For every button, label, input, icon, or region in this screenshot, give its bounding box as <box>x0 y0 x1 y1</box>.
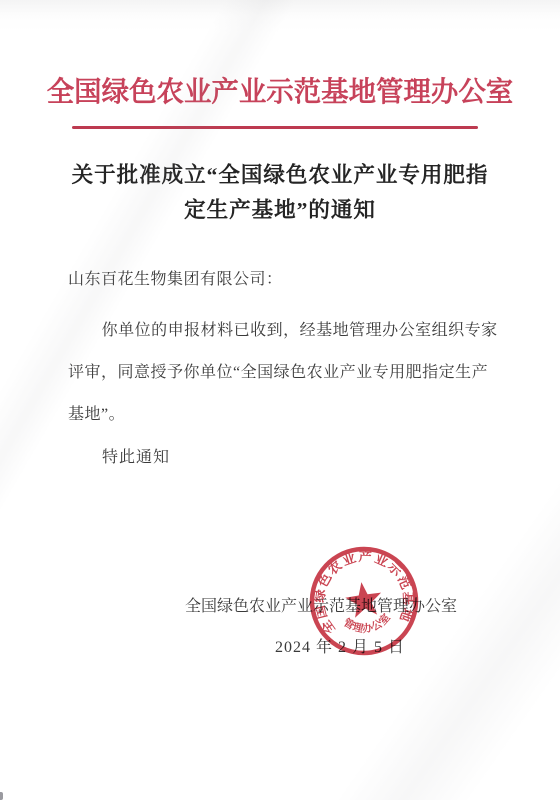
official-seal: 全国绿色农业产业示范基地 管理办公室 <box>274 511 455 692</box>
closing-phrase: 特此通知 <box>102 446 170 470</box>
letterhead-title: 全国绿色农业产业示范基地管理办公室 <box>6 66 555 118</box>
body-line: 你单位的申报材料已收到，经基地管理办公室组织专家 <box>68 310 494 352</box>
document-page: 全国绿色农业产业示范基地管理办公室 关于批准成立“全国绿色农业产业专用肥指 定生… <box>0 0 560 800</box>
letterhead-rule <box>72 126 478 129</box>
body-line: 基地”。 <box>68 394 494 436</box>
notice-title-line1: 关于批准成立“全国绿色农业产业专用肥指 <box>72 163 489 187</box>
seal-bottom-text: 管理办公室 <box>340 610 395 639</box>
photo-corner-artifact <box>0 792 3 800</box>
body-paragraph: 你单位的申报材料已收到，经基地管理办公室组织专家 评审，同意授予你单位“全国绿色… <box>68 310 494 436</box>
salutation: 山东百花生物集团有限公司： <box>68 268 283 292</box>
star-icon <box>343 580 384 619</box>
notice-title: 关于批准成立“全国绿色农业产业专用肥指 定生产基地”的通知 <box>30 158 530 228</box>
body-line: 评审，同意授予你单位“全国绿色农业产业专用肥指定生产 <box>68 352 494 394</box>
notice-title-line2: 定生产基地”的通知 <box>184 198 376 222</box>
